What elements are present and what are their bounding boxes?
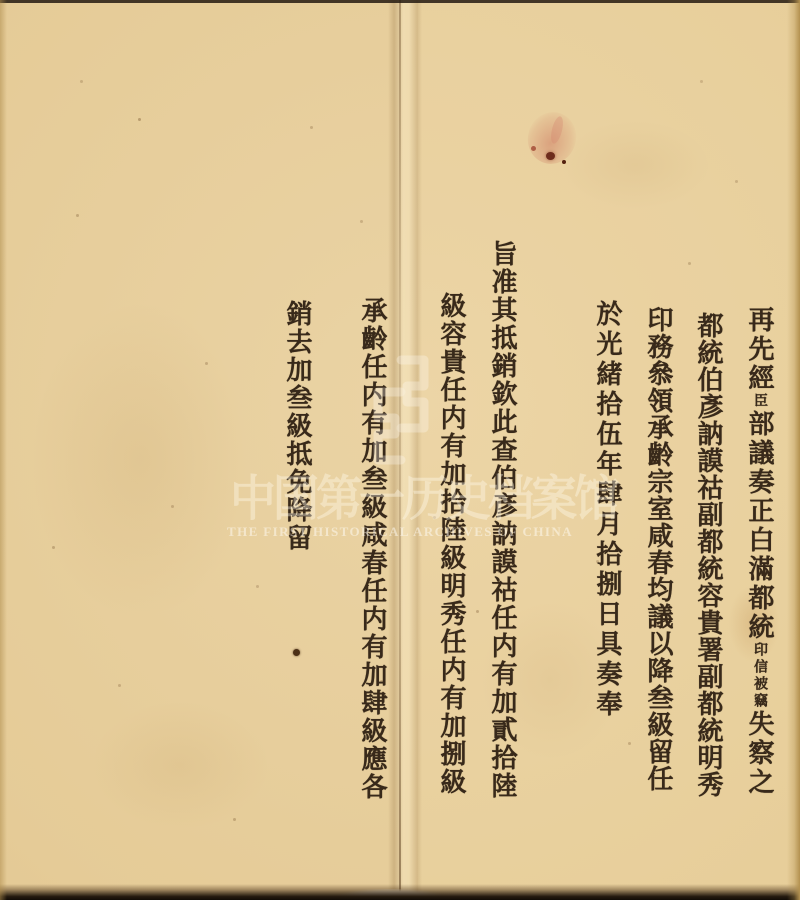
text-column-2: 都統伯彥訥謨祜副都統容貴署副都統明秀 bbox=[691, 312, 725, 798]
ink-dot bbox=[293, 649, 300, 656]
paper-speckles bbox=[138, 118, 141, 121]
text-segment: 都統伯彥訥謨祜副都統容貴署副都統明秀 bbox=[694, 312, 723, 798]
photo-top-edge bbox=[0, 0, 800, 3]
red-ink-dot bbox=[562, 160, 566, 164]
small-char-segment: 臣 bbox=[752, 393, 767, 410]
text-column-1: 再先經臣部議奏正白滿都統印信被竊失察之 bbox=[742, 306, 776, 797]
fold-crease-line bbox=[399, 0, 401, 900]
photo-right-edge bbox=[787, 0, 800, 900]
text-segment: 銷去加叁級抵免降留 bbox=[283, 300, 312, 552]
red-ink-dot bbox=[546, 152, 555, 160]
text-segment: 部議奏正白滿都統 bbox=[745, 410, 774, 642]
text-segment: 印務叅領承齡宗室咸春均議以降叁級留任 bbox=[644, 306, 673, 792]
text-segment: 承齡任内有加叁級咸春任内有加肆級應各 bbox=[358, 297, 387, 801]
archival-document-photo: 再先經臣部議奏正白滿都統印信被竊失察之 都統伯彥訥謨祜副都統容貴署副都統明秀 印… bbox=[0, 0, 800, 900]
text-column-4: 於光緒拾伍年肆月拾捌日具奏奉 bbox=[590, 300, 624, 720]
text-column-6: 級容貴任内有加拾陸級明秀任内有加捌級 bbox=[434, 292, 468, 796]
center-fold bbox=[388, 0, 422, 900]
text-segment: 失察之 bbox=[745, 710, 774, 797]
text-column-7: 承齡任内有加叁級咸春任内有加肆級應各 bbox=[355, 297, 389, 801]
small-char-segment: 印信被竊 bbox=[752, 642, 767, 710]
text-segment: 再先經 bbox=[745, 306, 774, 393]
photo-bottom-edge bbox=[0, 884, 800, 900]
text-column-5: 旨准其抵銷欽此查伯彥訥謨祜任内有加貳拾陸 bbox=[485, 240, 519, 800]
text-segment: 級容貴任内有加拾陸級明秀任内有加捌級 bbox=[437, 292, 466, 796]
text-segment: 於光緒拾伍年肆月拾捌日具奏奉 bbox=[593, 300, 622, 720]
text-column-8: 銷去加叁級抵免降留 bbox=[280, 300, 314, 552]
text-segment: 旨准其抵銷欽此查伯彥訥謨祜任内有加貳拾陸 bbox=[488, 240, 517, 800]
text-column-3: 印務叅領承齡宗室咸春均議以降叁級留任 bbox=[641, 306, 675, 792]
red-ink-dot bbox=[531, 146, 536, 151]
photo-left-edge bbox=[0, 0, 7, 900]
